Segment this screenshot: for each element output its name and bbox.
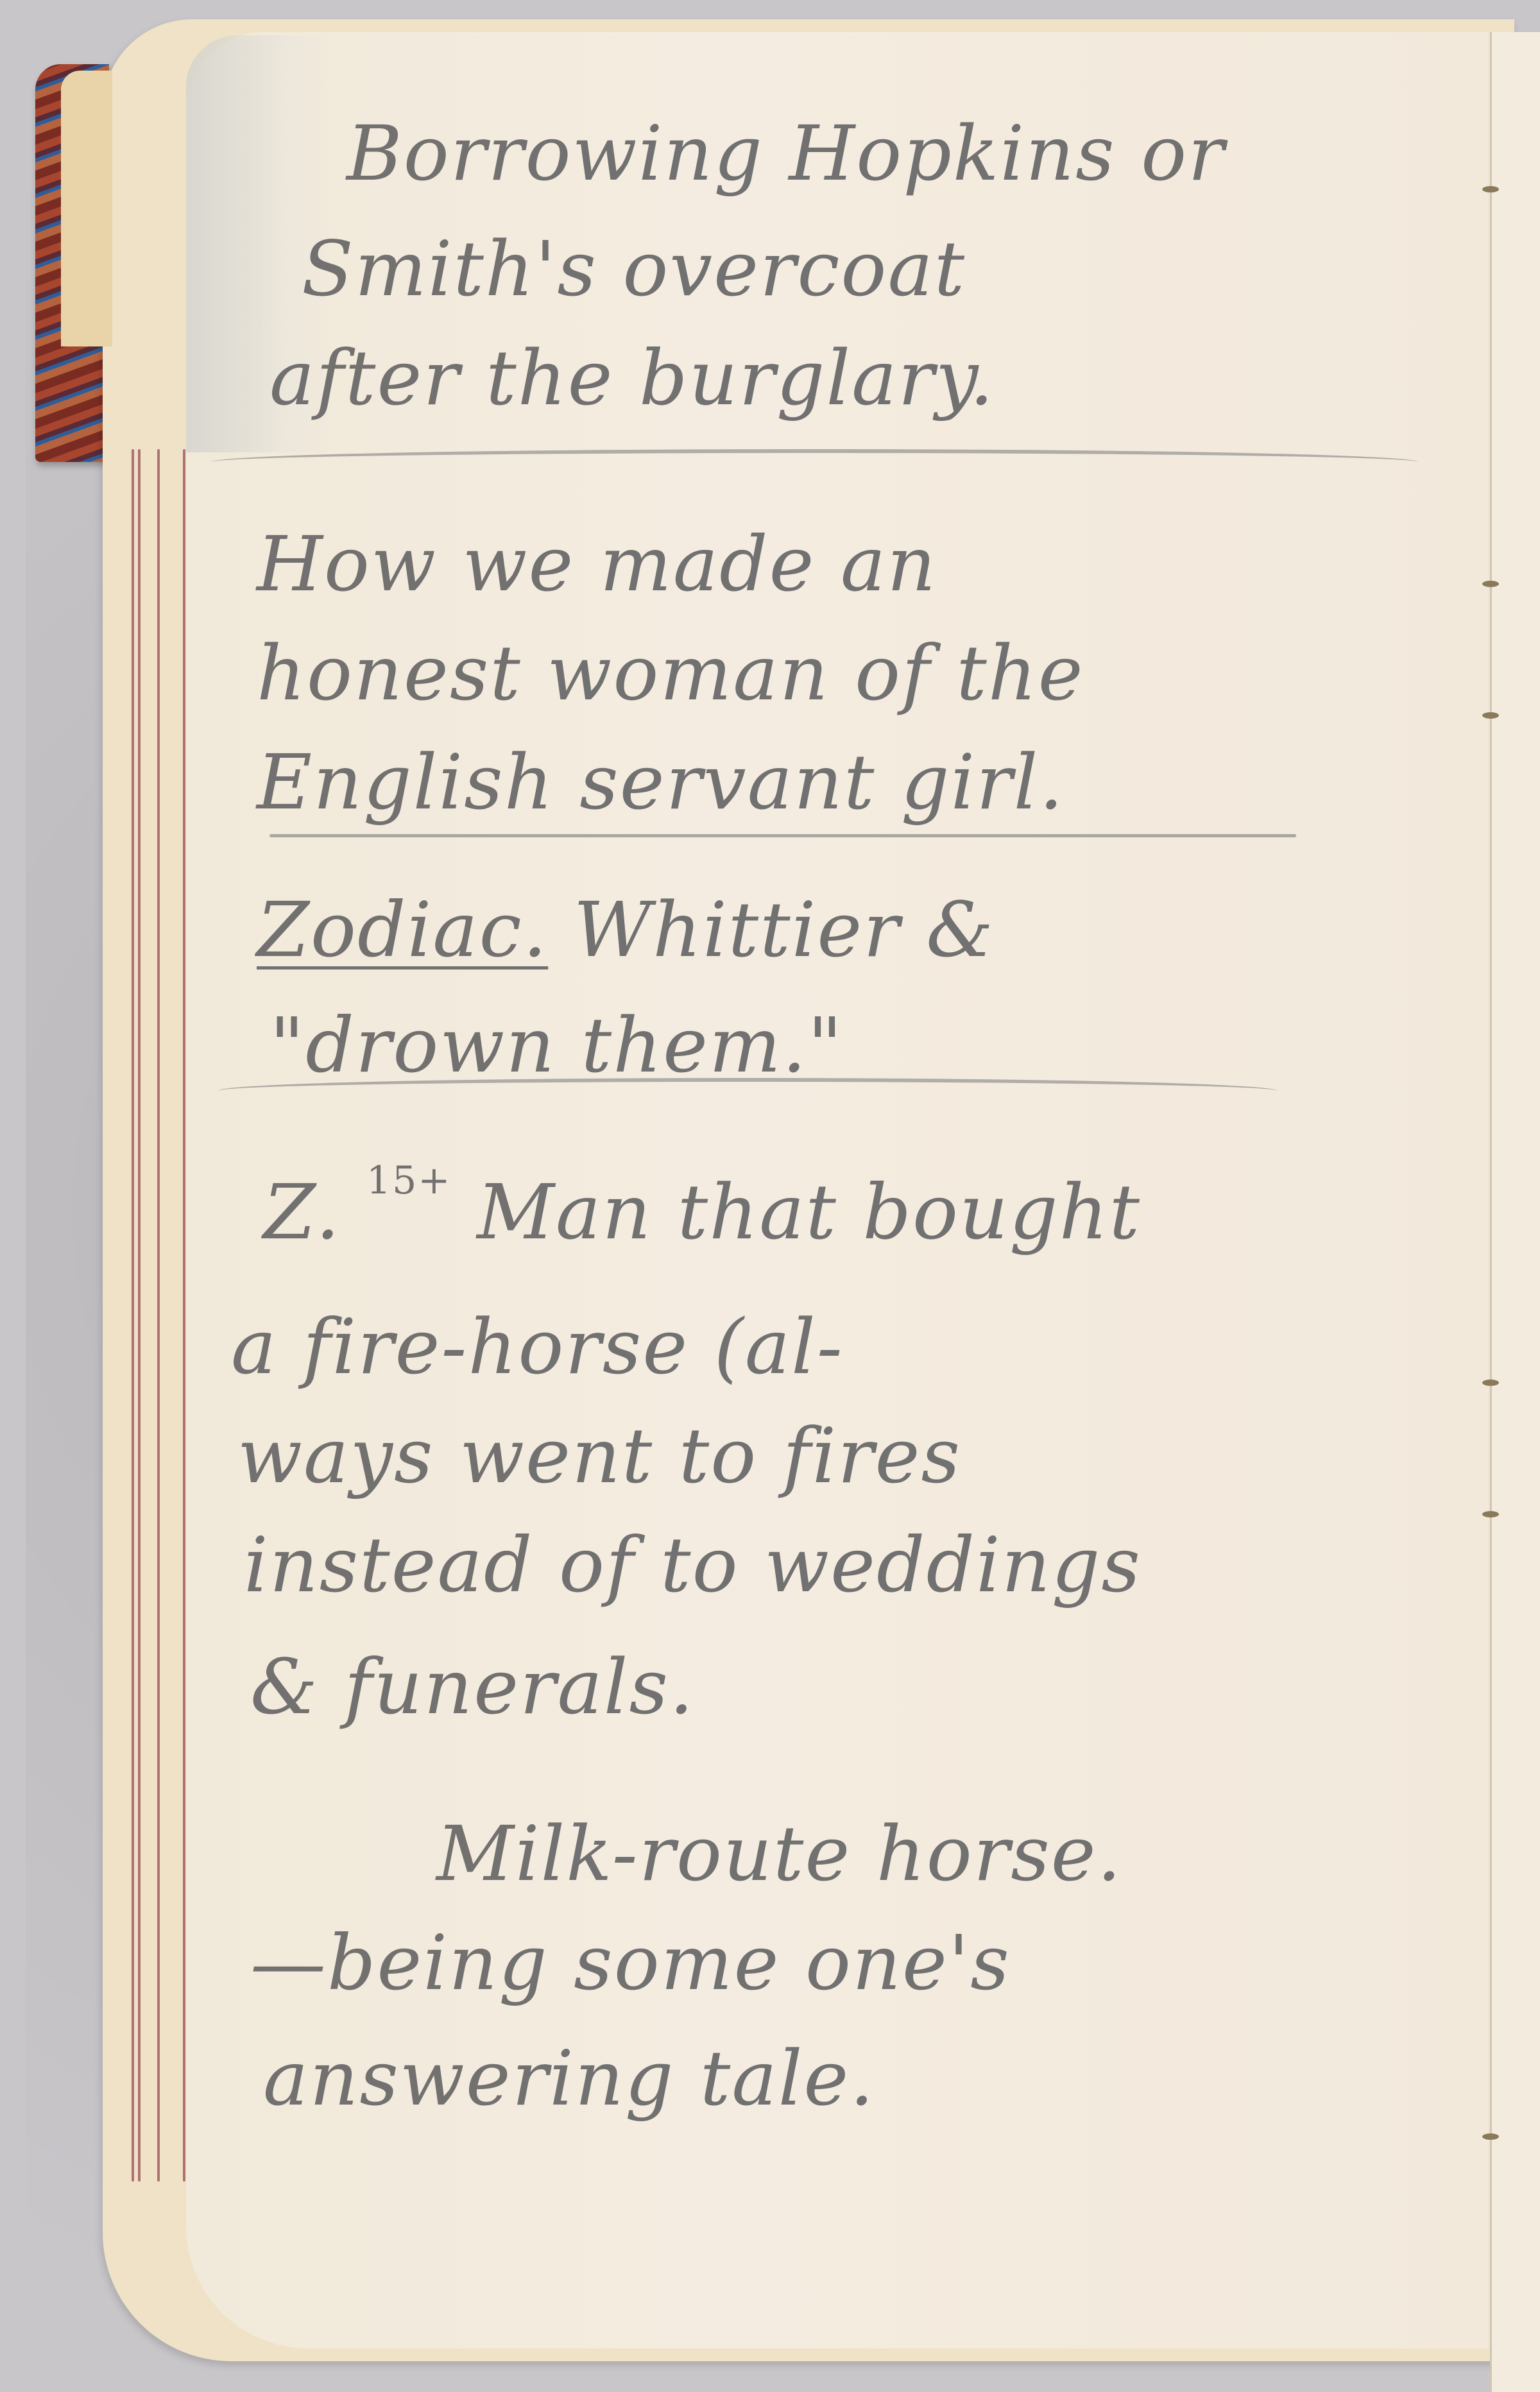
handwritten-line: honest woman of the <box>257 629 1084 717</box>
divider-rule <box>212 449 1418 479</box>
page-edge-line <box>132 449 134 2182</box>
page-edge-line <box>138 449 141 2182</box>
handwritten-text: Whittier & <box>574 885 995 974</box>
superscript-note: 15+ <box>366 1158 452 1203</box>
facing-page-edge <box>1490 32 1540 2392</box>
handwritten-line: Zodiac. Whittier & <box>257 885 995 974</box>
binding-stitch <box>1482 2133 1499 2140</box>
handwritten-line: How we made an <box>257 520 937 608</box>
endpaper-fold <box>61 71 112 346</box>
handwritten-line: —being some one's <box>250 1918 1011 2007</box>
binding-stitch <box>1482 186 1499 192</box>
handwritten-line: instead of to weddings <box>244 1521 1142 1609</box>
underlined-heading: Zodiac. <box>257 885 548 974</box>
handwritten-line: answering tale. <box>263 2034 875 2123</box>
handwritten-text: Man that bought <box>477 1168 1141 1256</box>
handwritten-line: Milk-route horse. <box>436 1809 1122 1898</box>
divider-rule <box>269 834 1296 837</box>
handwritten-line: ways went to fires <box>237 1412 961 1500</box>
handwritten-line: Borrowing Hopkins or <box>346 109 1226 198</box>
handwritten-line: after the burglary. <box>269 334 995 422</box>
handwritten-line: a fire-horse (al- <box>231 1303 844 1391</box>
handwritten-line: & funerals. <box>250 1643 695 1731</box>
binding-stitch <box>1482 1511 1499 1517</box>
binding-stitch <box>1482 712 1499 719</box>
divider-rule <box>218 1078 1277 1114</box>
page-edge-line <box>157 449 160 2182</box>
handwritten-line: Smith's overcoat <box>302 225 966 313</box>
page-edge-line <box>183 449 185 2182</box>
binding-stitch <box>1482 1380 1499 1386</box>
binding-stitch <box>1482 581 1499 587</box>
handwritten-line: English servant girl. <box>257 738 1065 826</box>
handwritten-line: "drown them." <box>269 1001 844 1089</box>
handwritten-line: Z. 15+ Man that bought <box>263 1168 1141 1256</box>
section-marker: Z. <box>263 1168 341 1256</box>
